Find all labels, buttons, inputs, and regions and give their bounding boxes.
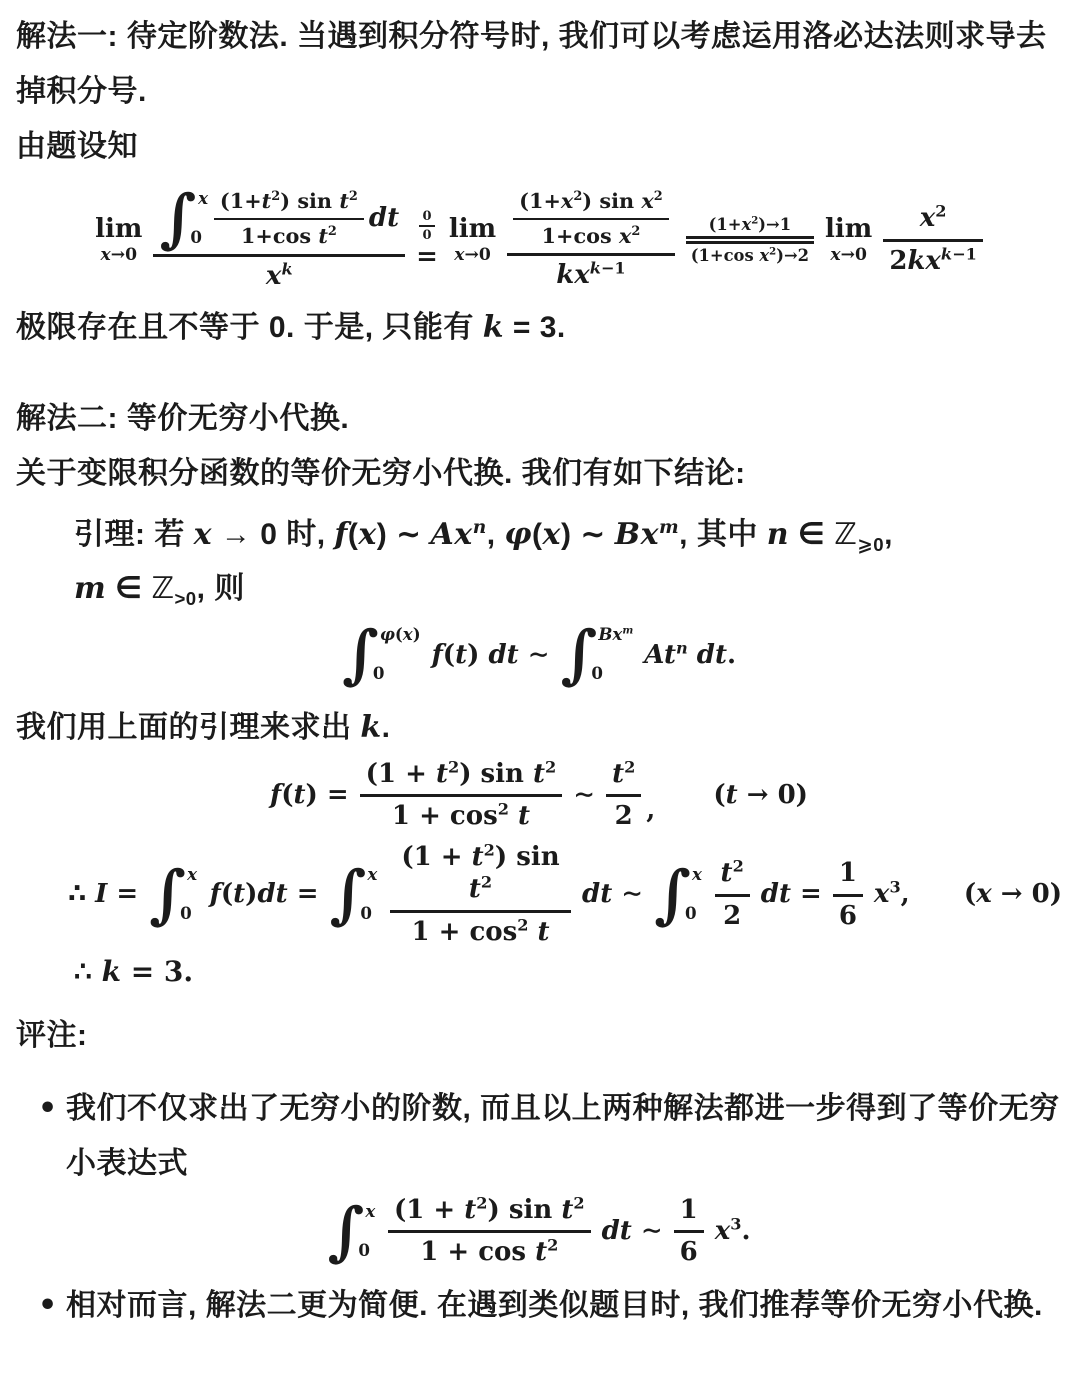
lemma-block: 引理: 若 x → 0 时, f(x) ∼ Axn, φ(x) ∼ Bxm, 其… [74,508,1059,618]
term2-numerator: (1+x2) sin x2 1+cos x2 [507,188,675,253]
remarks-heading: 评注: [16,1009,1062,1064]
ft-equivalence-formula: f(t) = (1 + t2) sin t2 1 + cos2 t ∼ t2 2… [16,758,1062,833]
integral-sign: ∫ x 0 [149,863,198,927]
term3-fraction: x2 2kxk−1 [883,202,983,277]
inner-denominator: 1+cos x2 [513,218,669,249]
denominator: 2 [715,894,750,933]
dt-tilde: dt ∼ [602,1215,663,1248]
denominator: 2 [606,794,641,833]
remarks-section: 评注: • 我们不仅求出了无穷小的阶数, 而且以上两种解法都进一步得到了等价无穷… [16,1009,1062,1334]
integral-equivalence-formula: ∴ I = ∫ x 0 f(t)dt = ∫ x 0 (1 + t2) sin … [16,841,1062,949]
x-cubed-tail: x3, [874,878,910,911]
lemma-formula: ∫ φ(x) 0 f(t) dt ∼ ∫ Bxm 0 Atn dt. [16,623,1062,687]
solution-1-section: 解法一: 待定阶数法. 当遇到积分符号时, 我们可以考虑运用洛必达法则求导去掉积… [16,10,1062,356]
integral-limits: x 0 [364,1200,377,1264]
mini-num: 0 [419,210,434,225]
denominator: 1 + cos2 t [390,910,571,949]
integrand-fraction: (1 + t2) sin t2 1 + cos t2 [388,1194,591,1269]
one-sixth-fraction: 1 6 [674,1194,704,1269]
term3-numerator: x2 [883,202,983,239]
integral-lower-limit: 0 [358,1242,370,1259]
integral-sign: ∫ x 0 [654,863,703,927]
term1-fraction: ∫ x 0 (1+t2) sin t2 1+cos t2 dt xk [153,187,405,293]
integral-lower-limit: 0 [360,905,372,922]
inner-numerator: (1+x2) sin x2 [513,188,669,218]
lim-subscript: x→0 [830,247,867,264]
apply-lemma-line: 我们用上面的引理来求出 k. [16,701,1062,756]
integral-upper-limit: x [197,190,209,207]
integrand: f(t) dt ∼ [432,639,550,672]
solution-2-intro: 关于变限积分函数的等价无穷小代换. 我们有如下结论: [16,447,1062,502]
equals-annotation-above: (1+x2)→1 [704,216,797,233]
differential-dt: dt [369,202,399,235]
limit-operator: lim x→0 [449,216,496,264]
integrand: f(t)dt = [210,878,319,911]
integral-upper-limit: Bxm [598,626,633,643]
tilde-operator: ∼ [573,779,595,812]
integral-upper-limit: x [367,866,379,883]
t-squared-over-2: t2 2 [715,857,750,932]
inner-numerator: (1+t2) sin t2 [214,188,364,218]
bullet-marker: • [16,1279,66,1334]
x-cubed-tail: x3. [715,1215,751,1248]
term2-inner-fraction: (1+x2) sin x2 1+cos x2 [513,188,669,249]
integral-upper-limit: φ(x) [380,626,421,643]
mini-den: 0 [419,225,434,242]
numerator: (1 + t2) sin t2 [360,758,563,795]
solution-2-heading: 解法二: 等价无穷小代换. [16,392,1062,447]
integral-upper-limit: x [187,866,199,883]
limit-chain-formula: lim x→0 ∫ x 0 (1+t2) sin t2 1+cos t2 dt … [16,187,1062,293]
integrand: Atn dt. [644,639,736,672]
math-solution-page: { "colors": { "background": "#ffffff", "… [0,0,1080,1397]
remark-bullet-2: • 相对而言, 解法二更为简便. 在遇到类似题目时, 我们推荐等价无穷小代换. [16,1279,1062,1334]
term1-denominator: xk [153,254,405,293]
numerator: (1 + t2) sin t2 [388,1194,591,1231]
integrand-fraction: (1 + t2) sin t2 1 + cos2 t [390,841,571,949]
solution-1-intro-paragraph: 解法一: 待定阶数法. 当遇到积分符号时, 我们可以考虑运用洛必达法则求导去掉积… [16,10,1062,120]
double-equals-line [686,236,814,244]
remark-equivalence-formula: ∫ x 0 (1 + t2) sin t2 1 + cos t2 dt ∼ 1 … [16,1194,1062,1269]
integral-sign: ∫ φ(x) 0 [342,623,421,687]
ft-fraction: (1 + t2) sin t2 1 + cos2 t [360,758,563,833]
integral-limits: x 0 [366,863,379,927]
numerator: 1 [674,1194,704,1231]
setup-line: 由题设知 [16,120,1062,175]
integral-sign: ∫ Bxm 0 [560,623,633,687]
annotated-long-equals: (1+x2)→1 (1+cos x2)→2 [686,216,814,264]
integral-sign: ∫ x 0 [159,187,208,251]
comma: , [646,794,655,827]
limit-operator: lim x→0 [825,216,872,264]
numerator: (1 + t2) sin t2 [390,841,571,910]
zero-over-zero: 0 0 [419,210,434,242]
term2-denominator: kxk−1 [507,253,675,292]
denominator: 1 + cos2 t [360,794,563,833]
equals-sign: = [416,244,438,270]
therefore-I-equals: ∴ I = [68,878,138,911]
integral-limits: x 0 [186,863,199,927]
denominator: 6 [674,1230,704,1269]
term1-inner-fraction: (1+t2) sin t2 1+cos t2 [214,188,364,249]
numerator: 1 [833,857,863,894]
term1-numerator: ∫ x 0 (1+t2) sin t2 1+cos t2 dt [153,187,405,255]
term3-denominator: 2kxk−1 [883,239,983,278]
solution-1-conclusion: 极限存在且不等于 0. 于是, 只能有 k = 3. [16,301,1062,356]
one-sixth-fraction: 1 6 [833,857,863,932]
equals-with-zero-over-zero: 0 0 = [416,210,438,270]
inner-denominator: 1+cos t2 [214,218,364,249]
equals-annotation-below: (1+cos x2)→2 [686,247,814,264]
integral-upper-limit: x [365,1203,377,1220]
denominator: 6 [833,894,863,933]
numerator: t2 [606,758,641,795]
dt-tilde: dt ∼ [582,878,643,911]
integral-lower-limit: 0 [685,905,697,922]
lemma-line-2: m ∈ ℤ>0, 则 [74,562,1059,617]
integral-limits: x 0 [196,187,209,251]
integral-limits: φ(x) 0 [379,623,421,687]
limit-note: (t → 0) [713,779,808,812]
remark-2-text: 相对而言, 解法二更为简便. 在遇到类似题目时, 我们推荐等价无穷小代换. [66,1279,1062,1334]
numerator: t2 [715,857,750,894]
integral-sign: ∫ x 0 [328,1200,377,1264]
term2-fraction: (1+x2) sin x2 1+cos x2 kxk−1 [507,188,675,291]
dt-equals: dt = [761,878,822,911]
solution-2-section: 解法二: 等价无穷小代换. 关于变限积分函数的等价无穷小代换. 我们有如下结论:… [16,392,1062,995]
limit-note: (x → 0) [964,878,1062,911]
lim-subscript: x→0 [454,247,491,264]
limit-operator: lim x→0 [95,216,142,264]
remark-1-text: 我们不仅求出了无穷小的阶数, 而且以上两种解法都进一步得到了等价无穷小表达式 [66,1082,1062,1192]
integral-lower-limit: 0 [190,229,202,246]
bullet-marker: • [16,1082,66,1192]
t-squared-over-2: t2 2 [606,758,641,833]
lim-word: lim [825,216,872,242]
integral-limits: x 0 [691,863,704,927]
lim-subscript: x→0 [101,247,138,264]
integral-lower-limit: 0 [591,665,626,682]
k-equals-3-line: ∴ k = 3. [74,950,1062,995]
remark-bullet-1: • 我们不仅求出了无穷小的阶数, 而且以上两种解法都进一步得到了等价无穷小表达式 [16,1082,1062,1192]
integral-lower-limit: 0 [180,905,192,922]
integral-upper-limit: x [692,866,704,883]
lim-word: lim [449,216,496,242]
lhs: f(t) = [270,779,349,812]
lim-word: lim [95,216,142,242]
denominator: 1 + cos t2 [388,1230,591,1269]
integral-sign: ∫ x 0 [330,863,379,927]
lemma-line-1: 引理: 若 x → 0 时, f(x) ∼ Axn, φ(x) ∼ Bxm, 其… [74,508,1059,563]
integral-limits: Bxm 0 [597,623,633,687]
integral-lower-limit: 0 [373,665,414,682]
